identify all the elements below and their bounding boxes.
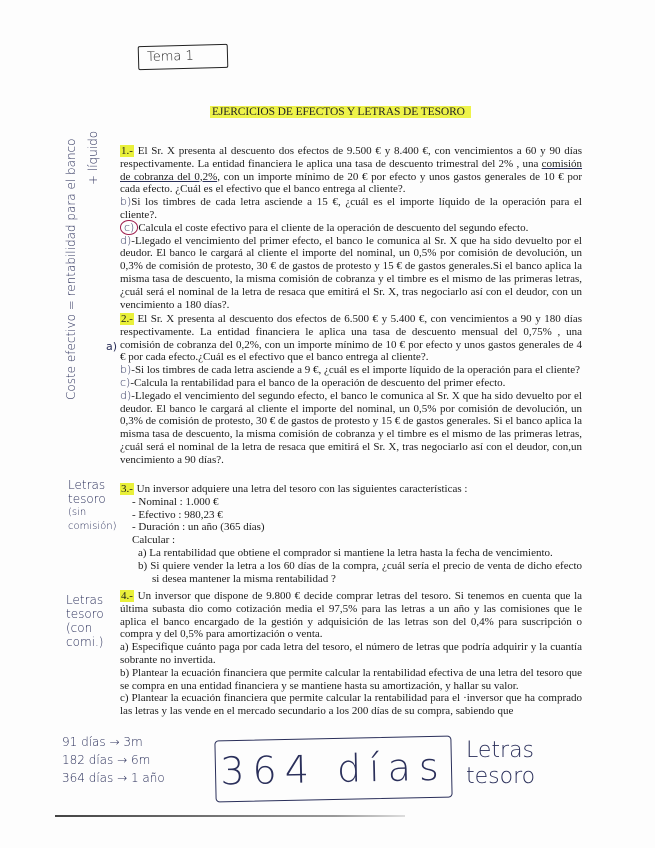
exercise-number: 1.- (120, 145, 134, 157)
tema-label: Tema 1 (138, 44, 229, 70)
durations-note: 91 días → 3m 182 días → 6m 364 días → 1 … (62, 733, 165, 787)
vertical-note-2: + líquido (86, 131, 100, 185)
ex4-margin-note: Letras tesoro (con comi.) (66, 593, 104, 649)
exercise-2-intro: 2.- El Sr. X presenta al descuento dos e… (120, 313, 582, 364)
exercise-part: c)-Calcula la rentabilidad para el banco… (120, 377, 582, 390)
exercise-1: 1.- El Sr. X presenta al descuento dos e… (120, 145, 582, 311)
exercise-part: b)Si los timbres de cada letra asciende … (120, 196, 582, 222)
exercise-number: 2.- (120, 313, 134, 325)
exercise-part: b) Plantear la ecuación financiera que p… (120, 667, 582, 693)
exercise-4: 4.- Un inversor que dispone de 9.800 € d… (120, 590, 582, 718)
ex3-margin-note: Letras tesoro (sin comisión) (68, 478, 116, 534)
exercise-part: c)Calcula el coste efectivo para el clie… (120, 222, 582, 235)
vertical-note: Coste efectivo = rentabilidad para el ba… (64, 139, 78, 401)
list-item: - Efectivo : 980,23 € (120, 509, 582, 522)
right-note: Letras tesoro (466, 738, 535, 790)
exercise-part: b) Si quiere vender la letra a los 60 dí… (120, 560, 582, 586)
exercise-part: b)-Si los timbres de cada letra asciende… (120, 364, 582, 377)
exercise-2: 2.- El Sr. X presenta al descuento dos e… (120, 313, 582, 467)
exercise-number: 4.- (120, 590, 134, 602)
circled-marker: c) (120, 220, 138, 235)
document-title: EJERCICIOS DE EFECTOS Y LETRAS DE TESORO (210, 106, 471, 118)
exercise-3: 3.- Un inversor adquiere una letra del t… (120, 483, 582, 585)
calc-label: Calcular : (120, 534, 582, 547)
exercise-part: d)-Llegado el vencimiento del primer efe… (120, 235, 582, 312)
exercise-part: a) La rentabilidad que obtiene el compra… (120, 547, 582, 560)
exercise-1-intro: 1.- El Sr. X presenta al descuento dos e… (120, 145, 582, 196)
handwritten-marker-a: a) (106, 340, 117, 353)
list-item: - Nominal : 1.000 € (120, 496, 582, 509)
bottom-rule (55, 815, 405, 817)
exercise-part: a) Especifique cuánto paga por cada letr… (120, 641, 582, 667)
scanned-page: Tema 1 EJERCICIOS DE EFECTOS Y LETRAS DE… (0, 0, 655, 848)
exercise-part: d)-Llegado el vencimiento del segundo ef… (120, 390, 582, 467)
exercise-part: c) Plantear la ecuación financiera que p… (120, 692, 582, 718)
list-item: - Duración : un año (365 días) (120, 521, 582, 534)
exercise-number: 3.- (120, 483, 134, 495)
boxed-note: 364 días (214, 736, 452, 803)
